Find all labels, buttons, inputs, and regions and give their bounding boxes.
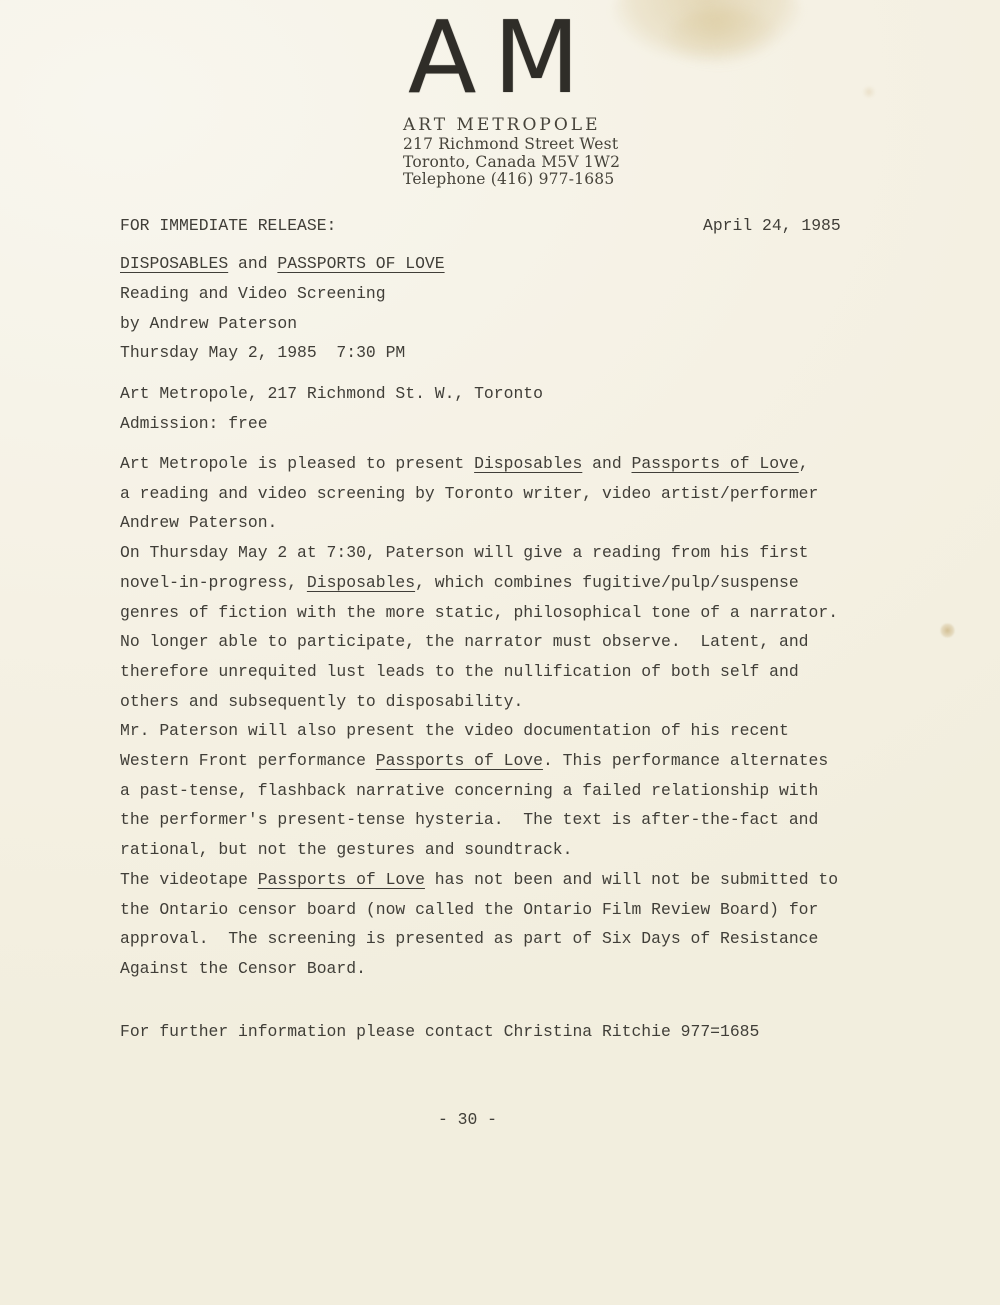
text-line: by Andrew Paterson	[120, 309, 405, 339]
text-segment: novel-in-progress,	[120, 573, 307, 592]
text-segment: Toronto, Canada M5V 1W2	[403, 153, 620, 171]
underlined-text: Passports of Love	[376, 751, 543, 770]
text-segment: and	[228, 254, 277, 273]
press-release-page: { "letterhead": { "logo": "AM", "name": …	[0, 0, 1000, 1305]
text-segment: Andrew Paterson.	[120, 513, 277, 532]
text-line: 217 Richmond Street West	[403, 136, 620, 154]
text-segment: Thursday May 2, 1985 7:30 PM	[120, 343, 405, 362]
text-line: genres of fiction with the more static, …	[120, 598, 838, 628]
text-line: rational, but not the gestures and sound…	[120, 835, 838, 865]
underlined-text: DISPOSABLES	[120, 254, 228, 273]
text-segment: Art Metropole is pleased to present	[120, 454, 474, 473]
text-segment: , which combines fugitive/pulp/suspense	[415, 573, 799, 592]
text-segment: Reading and Video Screening	[120, 284, 386, 303]
text-segment: rational, but not the gestures and sound…	[120, 840, 572, 859]
text-segment: On Thursday May 2 at 7:30, Paterson will…	[120, 543, 809, 562]
text-segment: approval. The screening is presented as …	[120, 929, 818, 948]
text-line: DISPOSABLES and PASSPORTS OF LOVE	[120, 249, 445, 279]
text-segment: Against the Censor Board.	[120, 959, 366, 978]
text-line: Admission: free	[120, 409, 543, 439]
paper-speck-upper-right	[862, 86, 876, 98]
contact-line: For further information please contact C…	[120, 1017, 759, 1047]
text-line: approval. The screening is presented as …	[120, 924, 838, 954]
text-segment: the performer's present-tense hysteria. …	[120, 810, 818, 829]
text-line: Art Metropole, 217 Richmond St. W., Toro…	[120, 379, 543, 409]
text-segment: Admission: free	[120, 414, 268, 433]
text-segment: No longer able to participate, the narra…	[120, 632, 809, 651]
text-segment: therefore unrequited lust leads to the n…	[120, 662, 799, 681]
text-line: the performer's present-tense hysteria. …	[120, 805, 838, 835]
text-line: Western Front performance Passports of L…	[120, 746, 838, 776]
art-metropole-logo: AM	[408, 12, 597, 104]
end-mark: - 30 -	[438, 1105, 497, 1135]
text-line: The videotape Passports of Love has not …	[120, 865, 838, 895]
text-line: Reading and Video Screening	[120, 279, 405, 309]
paper-stain-top-secondary	[668, 8, 778, 66]
text-segment: a past-tense, flashback narrative concer…	[120, 781, 818, 800]
body-text: Art Metropole is pleased to present Disp…	[120, 449, 838, 984]
text-line: a reading and video screening by Toronto…	[120, 479, 838, 509]
headline: DISPOSABLES and PASSPORTS OF LOVE	[120, 249, 445, 279]
text-line: the Ontario censor board (now called the…	[120, 895, 838, 925]
text-segment: others and subsequently to disposability…	[120, 692, 523, 711]
release-label: FOR IMMEDIATE RELEASE:	[120, 211, 336, 241]
text-line: a past-tense, flashback narrative concer…	[120, 776, 838, 806]
letterhead-name: ART METROPOLE	[403, 115, 601, 135]
text-segment: genres of fiction with the more static, …	[120, 603, 838, 622]
text-line: Mr. Paterson will also present the video…	[120, 716, 838, 746]
text-line: others and subsequently to disposability…	[120, 687, 838, 717]
text-segment: by Andrew Paterson	[120, 314, 297, 333]
text-line: Toronto, Canada M5V 1W2	[403, 154, 620, 172]
event-details: Reading and Video Screeningby Andrew Pat…	[120, 279, 405, 368]
text-segment: . This performance alternates	[543, 751, 828, 770]
text-line: novel-in-progress, Disposables, which co…	[120, 568, 838, 598]
underlined-text: Passports of Love	[258, 870, 425, 889]
text-segment: Art Metropole, 217 Richmond St. W., Toro…	[120, 384, 543, 403]
text-line: Art Metropole is pleased to present Disp…	[120, 449, 838, 479]
text-line: On Thursday May 2 at 7:30, Paterson will…	[120, 538, 838, 568]
text-segment: 217 Richmond Street West	[403, 135, 618, 153]
underlined-text: Passports of Love	[632, 454, 799, 473]
text-segment: ,	[799, 454, 809, 473]
text-line: therefore unrequited lust leads to the n…	[120, 657, 838, 687]
text-segment: Telephone (416) 977-1685	[403, 170, 614, 188]
text-segment: Mr. Paterson will also present the video…	[120, 721, 789, 740]
text-line: Telephone (416) 977-1685	[403, 171, 620, 189]
text-line: Thursday May 2, 1985 7:30 PM	[120, 338, 405, 368]
text-segment: the Ontario censor board (now called the…	[120, 900, 818, 919]
venue-details: Art Metropole, 217 Richmond St. W., Toro…	[120, 379, 543, 438]
text-segment: and	[582, 454, 631, 473]
release-date: April 24, 1985	[703, 211, 841, 241]
underlined-text: Disposables	[474, 454, 582, 473]
underlined-text: PASSPORTS OF LOVE	[277, 254, 444, 273]
text-line: Against the Censor Board.	[120, 954, 838, 984]
text-line: No longer able to participate, the narra…	[120, 627, 838, 657]
text-segment: Western Front performance	[120, 751, 376, 770]
underlined-text: Disposables	[307, 573, 415, 592]
text-segment: The videotape	[120, 870, 258, 889]
text-line: Andrew Paterson.	[120, 508, 838, 538]
paper-speck-right	[940, 623, 955, 638]
text-segment: a reading and video screening by Toronto…	[120, 484, 818, 503]
letterhead-address: 217 Richmond Street WestToronto, Canada …	[403, 136, 620, 189]
text-segment: has not been and will not be submitted t…	[425, 870, 838, 889]
